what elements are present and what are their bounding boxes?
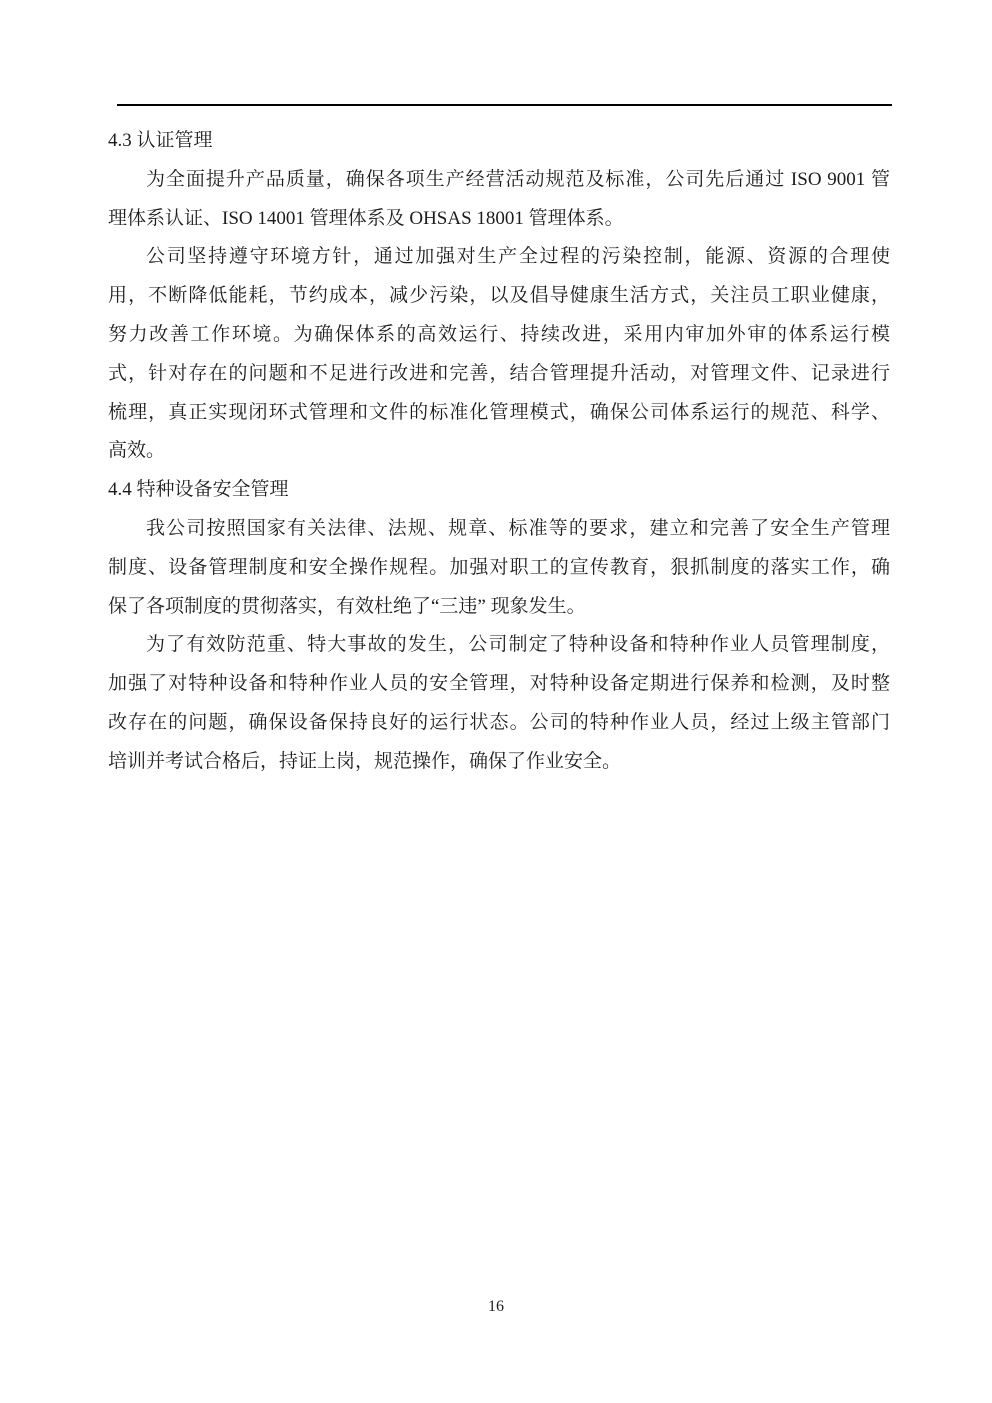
text-line: 为了有效防范重、特大事故的发生，公司制定了特种设备和特种作业人员管理制度， — [108, 626, 890, 665]
text-line: 我公司按照国家有关法律、法规、规章、标准等的要求，建立和完善了安全生产管理 — [108, 510, 890, 549]
text-line: 理体系认证、ISO 14001 管理体系及 OHSAS 18001 管理体系。 — [108, 200, 890, 239]
section-heading: 4.4 特种设备安全管理 — [108, 471, 890, 510]
text-line: 为全面提升产品质量，确保各项生产经营活动规范及标准，公司先后通过 ISO 900… — [108, 161, 890, 200]
text-line: 公司坚持遵守环境方针，通过加强对生产全过程的污染控制，能源、资源的合理使 — [108, 238, 890, 277]
text-line: 改存在的问题，确保设备保持良好的运行状态。公司的特种作业人员，经过上级主管部门 — [108, 704, 890, 743]
text-line: 制度、设备管理制度和安全操作规程。加强对职工的宣传教育，狠抓制度的落实工作，确 — [108, 549, 890, 588]
section-heading: 4.3 认证管理 — [108, 122, 890, 161]
text-line: 式，针对存在的问题和不足进行改进和完善，结合管理提升活动，对管理文件、记录进行 — [108, 355, 890, 394]
document-page: 4.3 认证管理为全面提升产品质量，确保各项生产经营活动规范及标准，公司先后通过… — [0, 0, 992, 1403]
paragraph: 我公司按照国家有关法律、法规、规章、标准等的要求，建立和完善了安全生产管理制度、… — [108, 510, 890, 626]
text-line: 高效。 — [108, 432, 890, 471]
text-line: 努力改善工作环境。为确保体系的高效运行、持续改进，采用内审加外审的体系运行模 — [108, 316, 890, 355]
paragraph: 为了有效防范重、特大事故的发生，公司制定了特种设备和特种作业人员管理制度，加强了… — [108, 626, 890, 781]
text-line: 加强了对特种设备和特种作业人员的安全管理，对特种设备定期进行保养和检测，及时整 — [108, 665, 890, 704]
page-number: 16 — [0, 1296, 992, 1318]
paragraph: 公司坚持遵守环境方针，通过加强对生产全过程的污染控制，能源、资源的合理使用，不断… — [108, 238, 890, 471]
text-line: 培训并考试合格后，持证上岗，规范操作，确保了作业安全。 — [108, 743, 890, 782]
paragraph: 为全面提升产品质量，确保各项生产经营活动规范及标准，公司先后通过 ISO 900… — [108, 161, 890, 239]
text-line: 用，不断降低能耗，节约成本，减少污染，以及倡导健康生活方式，关注员工职业健康， — [108, 277, 890, 316]
header-rule — [117, 104, 892, 106]
text-line: 保了各项制度的贯彻落实，有效杜绝了“三违” 现象发生。 — [108, 588, 890, 627]
text-line: 梳理，真正实现闭环式管理和文件的标准化管理模式，确保公司体系运行的规范、科学、 — [108, 394, 890, 433]
document-body: 4.3 认证管理为全面提升产品质量，确保各项生产经营活动规范及标准，公司先后通过… — [108, 122, 890, 782]
